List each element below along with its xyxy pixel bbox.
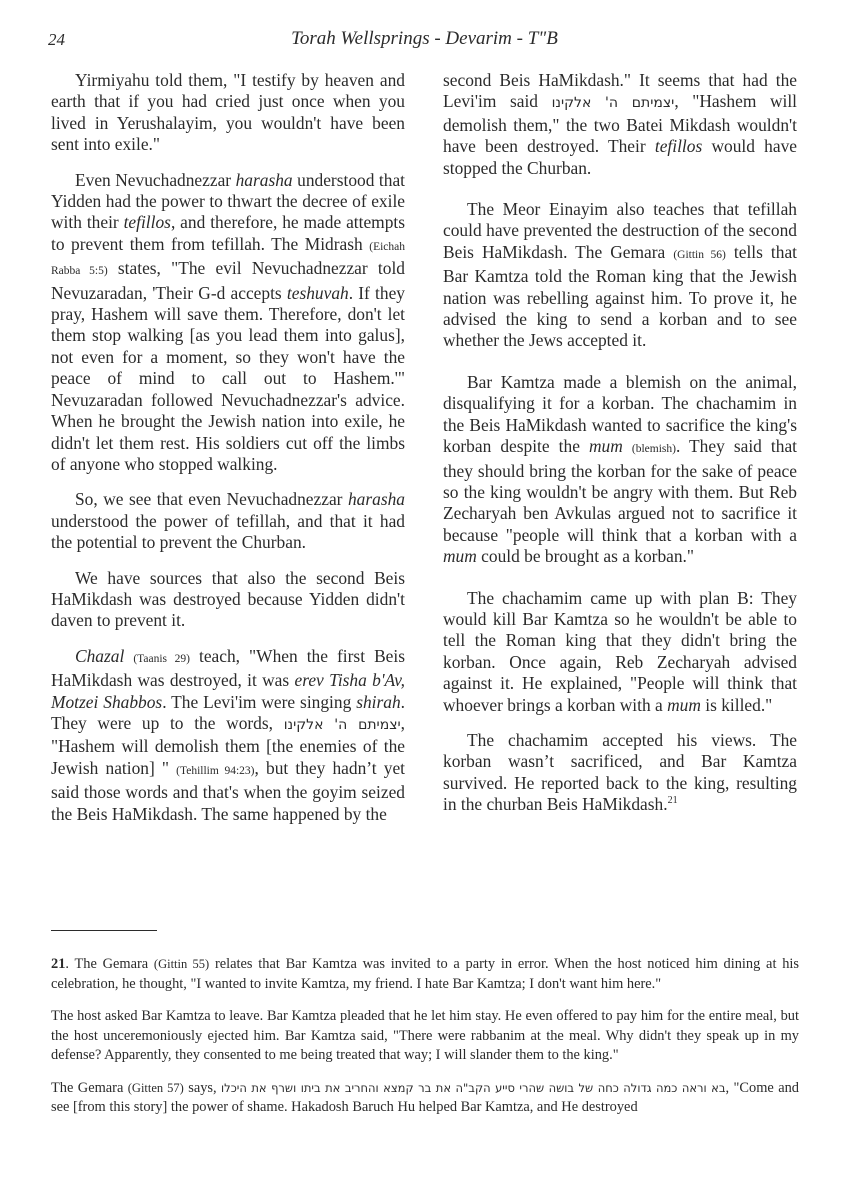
italic-term: harasha — [348, 489, 405, 509]
italic-term: tefillos — [124, 212, 171, 232]
source-citation: (Tehillim 94:23) — [176, 765, 254, 777]
paragraph: The chachamim came up with plan B: They … — [443, 588, 797, 716]
text: So, we see that even Nevuchadnezzar — [75, 489, 348, 509]
footnote-paragraph: The Gemara (Gitten 57) says, בא וראה כמה… — [51, 1079, 799, 1118]
italic-term: shirah — [356, 692, 400, 712]
text: . The Levi'im were singing — [162, 692, 356, 712]
paragraph: Even Nevuchadnezzar harasha understood t… — [51, 170, 405, 476]
hebrew-quote: יצמיתם ה' אלקינו — [552, 95, 675, 111]
footnote-number: 21 — [51, 956, 65, 972]
text: . If they pray, Hashem will save them. T… — [51, 283, 405, 474]
footnote-separator — [51, 930, 157, 931]
text: says, — [184, 1080, 221, 1096]
text: Even Nevuchadnezzar — [75, 170, 236, 190]
italic-term: Chazal — [75, 646, 124, 666]
footnote-paragraph: 21. The Gemara (Gittin 55) relates that … — [51, 955, 799, 994]
right-column: second Beis HaMikdash." It seems that ha… — [443, 70, 797, 830]
footnote-paragraph: The host asked Bar Kamtza to leave. Bar … — [51, 1007, 799, 1066]
source-citation: (Gittin 55) — [154, 957, 209, 971]
footnote-reference[interactable]: 21 — [668, 795, 678, 806]
footnotes: 21. The Gemara (Gittin 55) relates that … — [51, 955, 799, 1131]
source-citation: (Taanis 29) — [133, 653, 190, 665]
paragraph: The Meor Einayim also teaches that tefil… — [443, 199, 797, 352]
italic-term: mum — [589, 436, 623, 456]
source-citation: (blemish) — [632, 443, 676, 455]
italic-term: mum — [443, 546, 477, 566]
italic-term: tefillos — [655, 136, 702, 156]
source-citation: (Gittin 56) — [673, 249, 726, 261]
paragraph: second Beis HaMikdash." It seems that ha… — [443, 70, 797, 179]
source-citation: (Gitten 57) — [128, 1081, 184, 1095]
paragraph: The chachamim accepted his views. The ko… — [443, 730, 797, 816]
text: The chachamim accepted his views. The ko… — [443, 730, 797, 814]
text: understood the power of tefillah, and th… — [51, 511, 405, 552]
paragraph: We have sources that also the second Bei… — [51, 568, 405, 632]
italic-term: harasha — [236, 170, 293, 190]
left-column: Yirmiyahu told them, "I testify by heave… — [51, 70, 405, 839]
text: . The Gemara — [65, 956, 154, 972]
text: The Gemara — [51, 1080, 128, 1096]
text: could be brought as a korban." — [477, 546, 694, 566]
running-title: Torah Wellsprings - Devarim - T"B — [48, 28, 801, 50]
paragraph: Bar Kamtza made a blemish on the animal,… — [443, 372, 797, 568]
hebrew-quote: בא וראה כמה גדולה כחה של בושה שהרי סייע … — [221, 1081, 725, 1095]
italic-term: teshuvah — [287, 283, 349, 303]
paragraph: So, we see that even Nevuchadnezzar hara… — [51, 489, 405, 553]
hebrew-quote: יצמיתם ה' אלקינו — [284, 717, 401, 733]
text: is killed." — [701, 695, 772, 715]
italic-term: mum — [667, 695, 701, 715]
paragraph: Chazal (Taanis 29) teach, "When the firs… — [51, 646, 405, 825]
page-header: 24 Torah Wellsprings - Devarim - T"B — [48, 30, 801, 56]
paragraph: Yirmiyahu told them, "I testify by heave… — [51, 70, 405, 156]
